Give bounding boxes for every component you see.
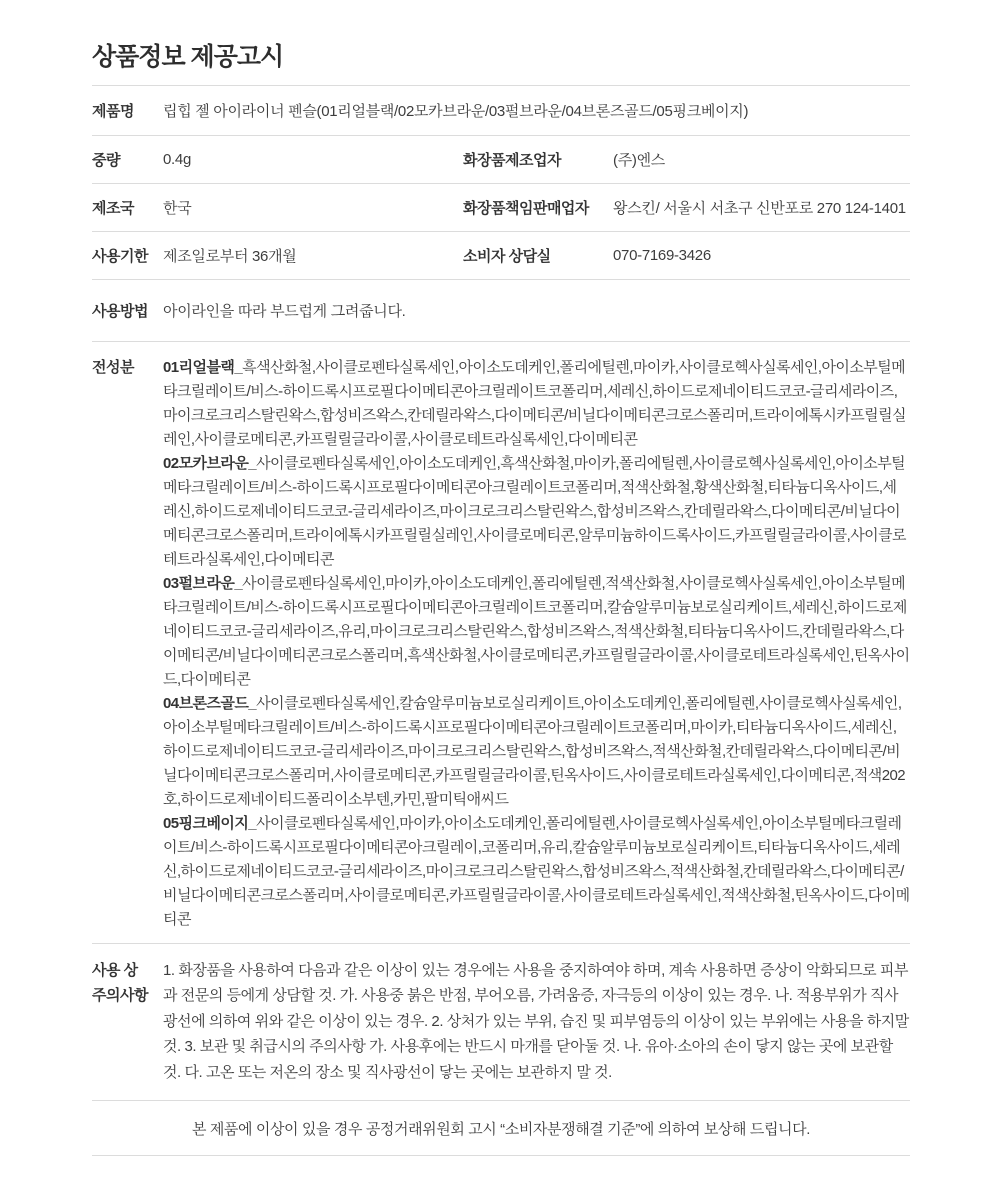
ingredient-block-real-black: 01리얼블랙_흑색산화철,사이클로펜타실록세인,아이소도데케인,폴리에틸렌,마이… <box>163 356 910 452</box>
row-value-country: 한국 <box>163 197 463 218</box>
row-label-seller: 화장품책임판매업자 <box>463 197 613 218</box>
table-row-weight-manufacturer: 중량 0.4g 화장품제조업자 (주)엔스 <box>92 136 910 184</box>
page-title: 상품정보 제공고시 <box>92 44 910 70</box>
ingredient-color-name: 04브론즈골드_ <box>163 695 256 712</box>
row-value-usage: 아이라인을 따라 부드럽게 그려줍니다. <box>163 300 910 321</box>
table-row-product-name: 제품명 립힙 젤 아이라이너 펜슬(01리얼블랙/02모카브라운/03펄브라운/… <box>92 86 910 136</box>
row-label-customer-service: 소비자 상담실 <box>463 245 613 266</box>
row-label-weight: 중량 <box>92 149 163 170</box>
ingredient-list: 사이클로펜타실록세인,마이카,아이소도데케인,폴리에틸렌,적색산화철,사이클로헥… <box>163 575 910 688</box>
compensation-notice-text: 본 제품에 이상이 있을 경우 공정거래위원회 고시 “소비자분쟁해결 기준”에… <box>192 1118 810 1139</box>
row-label-usage: 사용방법 <box>92 300 163 321</box>
ingredient-list: 사이클로펜타실록세인,칼슘알루미늄보로실리케이트,아이소도데케인,폴리에틸렌,사… <box>163 695 905 808</box>
row-value-seller: 왕스킨/ 서울시 서초구 신반포로 270 124-1401 <box>613 197 910 218</box>
table-row-country-seller: 제조국 한국 화장품책임판매업자 왕스킨/ 서울시 서초구 신반포로 270 1… <box>92 184 910 232</box>
product-info-table: 제품명 립힙 젤 아이라이너 펜슬(01리얼블랙/02모카브라운/03펄브라운/… <box>92 85 910 1156</box>
row-value-manufacturer: (주)엔스 <box>613 149 910 170</box>
precautions-label-line2: 주의사항 <box>92 983 163 1008</box>
ingredient-color-name: 03펄브라운_ <box>163 575 242 592</box>
ingredient-color-name: 01리얼블랙_ <box>163 359 242 376</box>
row-label-ingredients: 전성분 <box>92 356 163 377</box>
table-row-precautions: 사용 상 주의사항 1. 화장품을 사용하여 다음과 같은 이상이 있는 경우에… <box>92 944 910 1101</box>
row-label-country: 제조국 <box>92 197 163 218</box>
row-value-product-name: 립힙 젤 아이라이너 펜슬(01리얼블랙/02모카브라운/03펄브라운/04브론… <box>163 100 910 121</box>
ingredient-block-bronze-gold: 04브론즈골드_사이클로펜타실록세인,칼슘알루미늄보로실리케이트,아이소도데케인… <box>163 692 910 812</box>
row-value-customer-service: 070-7169-3426 <box>613 247 910 264</box>
table-row-expiry-customer-service: 사용기한 제조일로부터 36개월 소비자 상담실 070-7169-3426 <box>92 232 910 280</box>
ingredient-list: 흑색산화철,사이클로펜타실록세인,아이소도데케인,폴리에틸렌,마이카,사이클로헥… <box>163 359 906 448</box>
ingredient-color-name: 05핑크베이지_ <box>163 815 256 832</box>
row-label-expiry: 사용기한 <box>92 245 163 266</box>
ingredient-list: 사이클로펜타실록세인,마이카,아이소도데케인,폴리에틸렌,사이클로헥사실록세인,… <box>163 815 910 928</box>
ingredient-block-mocha-brown: 02모카브라운_사이클로펜타실록세인,아이소도데케인,흑색산화철,마이카,폴리에… <box>163 452 910 572</box>
row-value-expiry: 제조일로부터 36개월 <box>163 245 463 266</box>
table-row-compensation-notice: 본 제품에 이상이 있을 경우 공정거래위원회 고시 “소비자분쟁해결 기준”에… <box>92 1101 910 1156</box>
ingredient-color-name: 02모카브라운_ <box>163 455 256 472</box>
table-row-usage: 사용방법 아이라인을 따라 부드럽게 그려줍니다. <box>92 280 910 342</box>
ingredient-list: 사이클로펜타실록세인,아이소도데케인,흑색산화철,마이카,폴리에틸렌,사이클로헥… <box>163 455 906 568</box>
row-value-weight: 0.4g <box>163 151 463 168</box>
ingredient-block-pearl-brown: 03펄브라운_사이클로펜타실록세인,마이카,아이소도데케인,폴리에틸렌,적색산화… <box>163 572 910 692</box>
row-value-ingredients: 01리얼블랙_흑색산화철,사이클로펜타실록세인,아이소도데케인,폴리에틸렌,마이… <box>163 356 910 932</box>
row-value-precautions: 1. 화장품을 사용하여 다음과 같은 이상이 있는 경우에는 사용을 중지하여… <box>163 958 910 1085</box>
row-label-manufacturer: 화장품제조업자 <box>463 149 613 170</box>
row-label-precautions: 사용 상 주의사항 <box>92 958 163 1008</box>
row-label-product-name: 제품명 <box>92 100 163 121</box>
ingredient-block-pink-beige: 05핑크베이지_사이클로펜타실록세인,마이카,아이소도데케인,폴리에틸렌,사이클… <box>163 812 910 932</box>
table-row-ingredients: 전성분 01리얼블랙_흑색산화철,사이클로펜타실록세인,아이소도데케인,폴리에틸… <box>92 342 910 944</box>
precautions-label-line1: 사용 상 <box>92 958 163 983</box>
product-info-disclosure: 상품정보 제공고시 제품명 립힙 젤 아이라이너 펜슬(01리얼블랙/02모카브… <box>92 0 910 1156</box>
